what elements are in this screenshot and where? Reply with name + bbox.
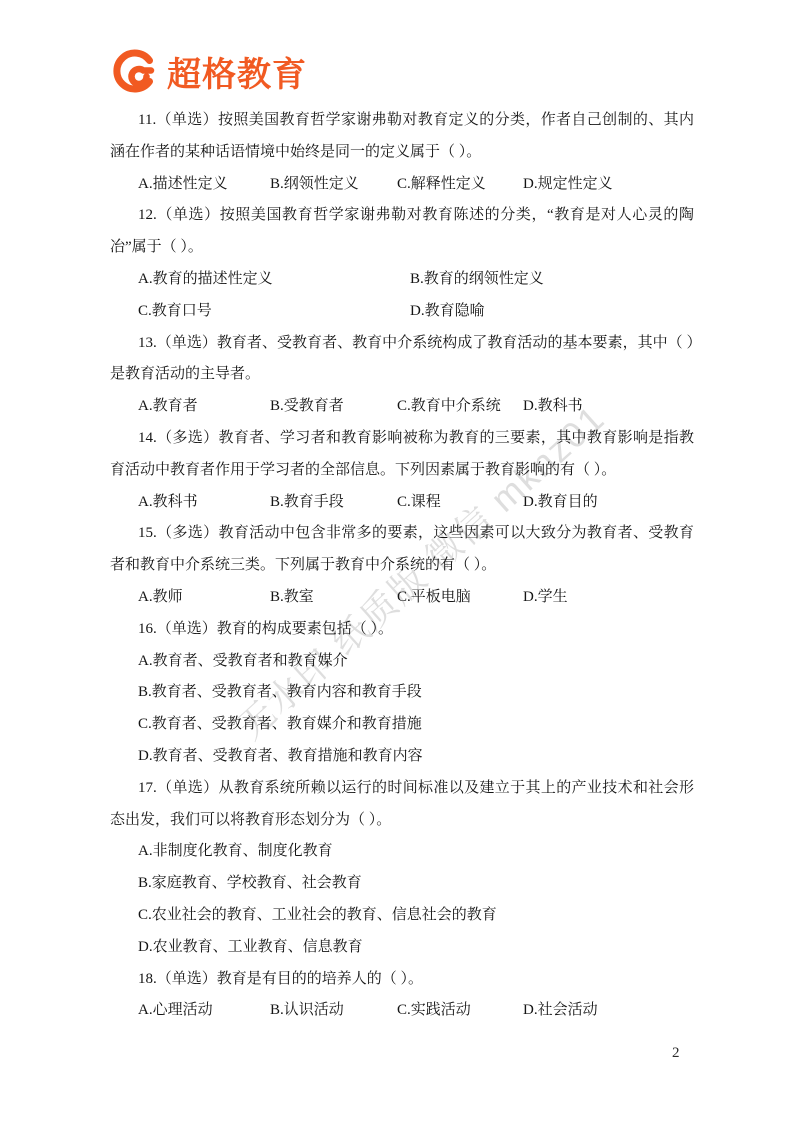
option-d: D.农业教育、工业教育、信息教育 — [110, 932, 694, 964]
question-stem: 16.（单选）教育的构成要素包括（ ）。 — [110, 614, 694, 646]
option-b: B.教育手段 — [270, 487, 397, 519]
option-d: D.教育者、受教育者、教育措施和教育内容 — [110, 741, 694, 773]
option-b: B.教育的纲领性定义 — [410, 264, 544, 296]
option-b: B.教室 — [270, 582, 397, 614]
option-d: D.教育隐喻 — [410, 296, 485, 328]
option-b: B.教育者、受教育者、教育内容和教育手段 — [110, 677, 694, 709]
option-d: D.社会活动 — [523, 995, 598, 1027]
option-c: C.平板电脑 — [397, 582, 523, 614]
option-a: A.教师 — [138, 582, 270, 614]
option-a: A.教育者 — [138, 391, 270, 423]
option-b: B.纲领性定义 — [270, 169, 397, 201]
question-11: 11.（单选）按照美国教育哲学家谢弗勒对教育定义的分类，作者自己创制的、其内涵在… — [110, 105, 694, 200]
question-options: A.教科书 B.教育手段 C.课程 D.教育目的 — [110, 487, 694, 519]
option-c: C.教育中介系统 — [397, 391, 523, 423]
document-page: 无水印 纸质版 微信 mknz01 超格教育 11.（单选）按照美国教育哲学家谢… — [0, 0, 804, 1137]
option-c: C.教育口号 — [138, 296, 410, 328]
question-options: A.教师 B.教室 C.平板电脑 D.学生 — [110, 582, 694, 614]
option-c: C.实践活动 — [397, 995, 523, 1027]
question-14: 14.（多选）教育者、学习者和教育影响被称为教育的三要素，其中教育影响是指教育活… — [110, 423, 694, 518]
question-stem: 18.（单选）教育是有目的的培养人的（ ）。 — [110, 964, 694, 996]
option-c: C.解释性定义 — [397, 169, 523, 201]
option-a: A.教育者、受教育者和教育媒介 — [110, 646, 694, 678]
option-a: A.教科书 — [138, 487, 270, 519]
option-d: D.学生 — [523, 582, 568, 614]
page-number: 2 — [672, 1043, 680, 1063]
option-b: B.认识活动 — [270, 995, 397, 1027]
brand-name: 超格教育 — [167, 47, 307, 96]
question-options: C.教育口号 D.教育隐喻 — [110, 296, 694, 328]
option-a: A.教育的描述性定义 — [138, 264, 410, 296]
question-stem: 17.（单选）从教育系统所赖以运行的时间标准以及建立于其上的产业技术和社会形态出… — [110, 773, 694, 837]
option-c: C.农业社会的教育、工业社会的教育、信息社会的教育 — [110, 900, 694, 932]
option-c: C.教育者、受教育者、教育媒介和教育措施 — [110, 709, 694, 741]
page-content: 超格教育 11.（单选）按照美国教育哲学家谢弗勒对教育定义的分类，作者自己创制的… — [110, 0, 694, 1027]
question-options: A.描述性定义 B.纲领性定义 C.解释性定义 D.规定性定义 — [110, 169, 694, 201]
option-d: D.教育目的 — [523, 487, 598, 519]
option-d: D.教科书 — [523, 391, 583, 423]
option-b: B.家庭教育、学校教育、社会教育 — [110, 868, 694, 900]
option-a: A.描述性定义 — [138, 169, 270, 201]
question-13: 13.（单选）教育者、受教育者、教育中介系统构成了教育活动的基本要素，其中（ ）… — [110, 328, 694, 423]
question-stem: 15.（多选）教育活动中包含非常多的要素，这些因素可以大致分为教育者、受教育者和… — [110, 518, 694, 582]
question-stem: 11.（单选）按照美国教育哲学家谢弗勒对教育定义的分类，作者自己创制的、其内涵在… — [110, 105, 694, 169]
option-a: A.非制度化教育、制度化教育 — [110, 836, 694, 868]
question-15: 15.（多选）教育活动中包含非常多的要素，这些因素可以大致分为教育者、受教育者和… — [110, 518, 694, 613]
chaoge-logo-icon — [110, 47, 158, 95]
question-options: A.教育者 B.受教育者 C.教育中介系统 D.教科书 — [110, 391, 694, 423]
option-c: C.课程 — [397, 487, 523, 519]
question-stem: 13.（单选）教育者、受教育者、教育中介系统构成了教育活动的基本要素，其中（ ）… — [110, 328, 694, 392]
question-17: 17.（单选）从教育系统所赖以运行的时间标准以及建立于其上的产业技术和社会形态出… — [110, 773, 694, 964]
question-options: A.心理活动 B.认识活动 C.实践活动 D.社会活动 — [110, 995, 694, 1027]
question-stem: 12.（单选）按照美国教育哲学家谢弗勒对教育陈述的分类，“教育是对人心灵的陶冶”… — [110, 200, 694, 264]
option-b: B.受教育者 — [270, 391, 397, 423]
option-a: A.心理活动 — [138, 995, 270, 1027]
question-stem: 14.（多选）教育者、学习者和教育影响被称为教育的三要素，其中教育影响是指教育活… — [110, 423, 694, 487]
question-18: 18.（单选）教育是有目的的培养人的（ ）。 A.心理活动 B.认识活动 C.实… — [110, 964, 694, 1028]
option-d: D.规定性定义 — [523, 169, 613, 201]
question-12: 12.（单选）按照美国教育哲学家谢弗勒对教育陈述的分类，“教育是对人心灵的陶冶”… — [110, 200, 694, 327]
question-options: A.教育的描述性定义 B.教育的纲领性定义 — [110, 264, 694, 296]
question-16: 16.（单选）教育的构成要素包括（ ）。 A.教育者、受教育者和教育媒介 B.教… — [110, 614, 694, 773]
question-list: 11.（单选）按照美国教育哲学家谢弗勒对教育定义的分类，作者自己创制的、其内涵在… — [110, 105, 694, 1027]
brand-header: 超格教育 — [110, 46, 694, 96]
